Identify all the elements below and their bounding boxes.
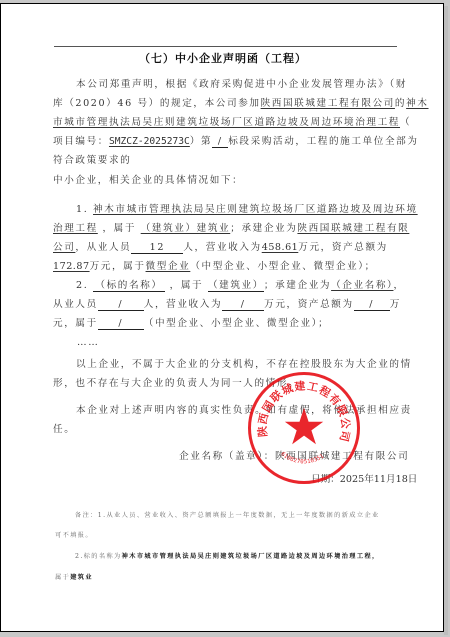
item-text: 万元，资产总额为 bbox=[264, 299, 354, 310]
ellipsis: …… bbox=[77, 337, 99, 348]
item-text: （中型企业、小型企业、微型企业）； bbox=[190, 261, 376, 272]
item1-employees: 12 bbox=[131, 242, 183, 254]
statement-2-line-2: 任。 bbox=[53, 421, 75, 435]
item1-assets: 172.87 bbox=[53, 261, 90, 272]
item-text: ；承建企业为 bbox=[230, 223, 297, 234]
note-industry: 建筑业 bbox=[70, 574, 93, 581]
item1-line-2: 治理工程 ，属于 （建筑业）建筑业；承建企业为陕西国联城建工程有限 bbox=[53, 220, 409, 234]
item-number: 2. bbox=[76, 280, 88, 291]
item1-line-1: 1. 神木市城市管理执法局吴庄则建筑垃圾场厂区道路边坡及周边环境 bbox=[76, 201, 418, 215]
item1-contractor-cont: 公司 bbox=[53, 242, 75, 253]
item-text: 万元，属于 bbox=[90, 261, 146, 272]
header-rule bbox=[54, 46, 397, 47]
item2-contractor: （企业名称） bbox=[331, 280, 393, 291]
item-text: ，从业人员 bbox=[75, 242, 131, 253]
item2-employees: / bbox=[98, 299, 144, 311]
item1-line-4: 172.87万元，属于微型企业（中型企业、小型企业、微型企业）； bbox=[53, 258, 376, 272]
statement-2-line-1: 本企业对上述声明内容的真实性负责。如有虚假，将依法承担相应责 bbox=[76, 402, 412, 416]
star-icon: ★ bbox=[282, 402, 327, 452]
item1-size: 微型企业 bbox=[146, 261, 191, 272]
item2-project-name: （标的名称） bbox=[93, 280, 165, 292]
intro-line-6: 中小企业，相关企业的具体情况如下： bbox=[53, 172, 243, 186]
intro-line-1: 本公司郑重声明，根据《政府采购促进中小企业发展管理办法》（财 bbox=[76, 76, 407, 90]
document-page: （七）中小企业声明函（工程） 本公司郑重声明，根据《政府采购促进中小企业发展管理… bbox=[0, 3, 444, 632]
intro-text: 标段采购活动，工程的施工单位全部为 bbox=[228, 136, 418, 147]
note-label: 2.标的名称为 bbox=[75, 553, 122, 560]
intro-text: 的 bbox=[395, 98, 406, 109]
item1-project-name-cont: 治理工程 bbox=[53, 223, 98, 234]
item1-industry: （建筑业）建筑业 bbox=[141, 223, 231, 234]
intro-line-4: 项目编号：SMZCZ-2025273C）第/标段采购活动，工程的施工单位全部为 bbox=[53, 133, 419, 148]
note-label: 属于 bbox=[55, 574, 70, 581]
item1-revenue: 458.61 bbox=[262, 242, 299, 253]
statement-1-line-1: 以上企业，不属于大企业的分支机构，不存在控股股东为大企业的情 bbox=[76, 356, 412, 370]
project-name: 市城市管理执法局吴庄则建筑垃圾场厂区道路边坡及周边环境治理工程 bbox=[53, 117, 400, 128]
intro-line-5: 符合政策要求的 bbox=[53, 152, 131, 166]
intro-text: （ bbox=[400, 117, 411, 128]
item2-revenue: / bbox=[222, 299, 264, 311]
item-text: 人，营业收入为 bbox=[183, 242, 261, 253]
bidder-company: 陕西国联城建工程有限公司 bbox=[261, 98, 395, 109]
lot-number: / bbox=[212, 136, 228, 148]
intro-line-2: 库（2020）46 号）的规定，本公司参加陕西国联城建工程有限公司的神木 bbox=[53, 95, 429, 109]
item2-line-3: 元，属于/（中型企业、小型企业、微型企业）； bbox=[53, 315, 329, 330]
item-text: 万 bbox=[390, 299, 401, 310]
note-project-name: 神木市城市管理执法局吴庄则建筑垃圾场厂区道路边坡及周边环境治理工程 bbox=[122, 553, 372, 560]
item-text: ；承建企业为 bbox=[264, 280, 331, 291]
item1-project-name: 神木市城市管理执法局吴庄则建筑垃圾场厂区道路边坡及周边环境 bbox=[93, 204, 418, 215]
item2-assets: / bbox=[354, 299, 390, 311]
item-text: ，属于 bbox=[102, 223, 136, 234]
item-text: （中型企业、小型企业、微型企业）； bbox=[144, 318, 330, 329]
project-number: SMZCZ-2025273C bbox=[109, 136, 190, 147]
item-text: 元，属于 bbox=[53, 318, 98, 329]
item-text: 人，营业收入为 bbox=[144, 299, 222, 310]
project-name-start: 神木 bbox=[406, 98, 428, 109]
item1-contractor: 陕西国联城建工程有限 bbox=[297, 223, 409, 234]
note-text: ， bbox=[372, 553, 380, 560]
item-text: ， bbox=[393, 280, 404, 291]
company-seal: 陕西国联城建工程有限公司 6108270510351 ★ bbox=[248, 372, 360, 484]
item-text: ，属于 bbox=[170, 280, 204, 291]
item-text: 万元，资产总额为 bbox=[298, 242, 388, 253]
item2-line-1: 2. （标的名称） ，属于 （建筑业）；承建企业为（企业名称）， bbox=[76, 277, 405, 292]
item2-size: / bbox=[98, 318, 144, 330]
intro-line-3: 市城市管理执法局吴庄则建筑垃圾场厂区道路边坡及周边环境治理工程（ bbox=[53, 114, 411, 128]
page-shadow bbox=[444, 6, 448, 635]
intro-text: ）第 bbox=[190, 136, 212, 147]
note-1-line-2: 可不填报。 bbox=[55, 530, 93, 539]
intro-text: 项目编号： bbox=[53, 136, 109, 147]
note-1-line-1: 备注：1.从业人员、营业收入、资产总额填报上一年度数据，无上一年度数据的新成立企… bbox=[75, 510, 380, 519]
item1-line-3: 公司，从业人员12人，营业收入为458.61万元，资产总额为 bbox=[53, 239, 388, 254]
item-number: 1. bbox=[76, 204, 88, 215]
note-2: 2.标的名称为神木市城市管理执法局吴庄则建筑垃圾场厂区道路边坡及周边环境治理工程… bbox=[75, 551, 380, 560]
item2-line-2: 从业人员/人，营业收入为/万元，资产总额为/万 bbox=[53, 296, 401, 311]
intro-text: 库（2020）46 号）的规定，本公司参加 bbox=[53, 98, 261, 109]
document-title: （七）中小企业声明函（工程） bbox=[1, 50, 445, 66]
item-text: 从业人员 bbox=[53, 299, 98, 310]
item2-industry: （建筑业） bbox=[208, 280, 264, 292]
note-3: 属于建筑业 bbox=[55, 572, 93, 581]
